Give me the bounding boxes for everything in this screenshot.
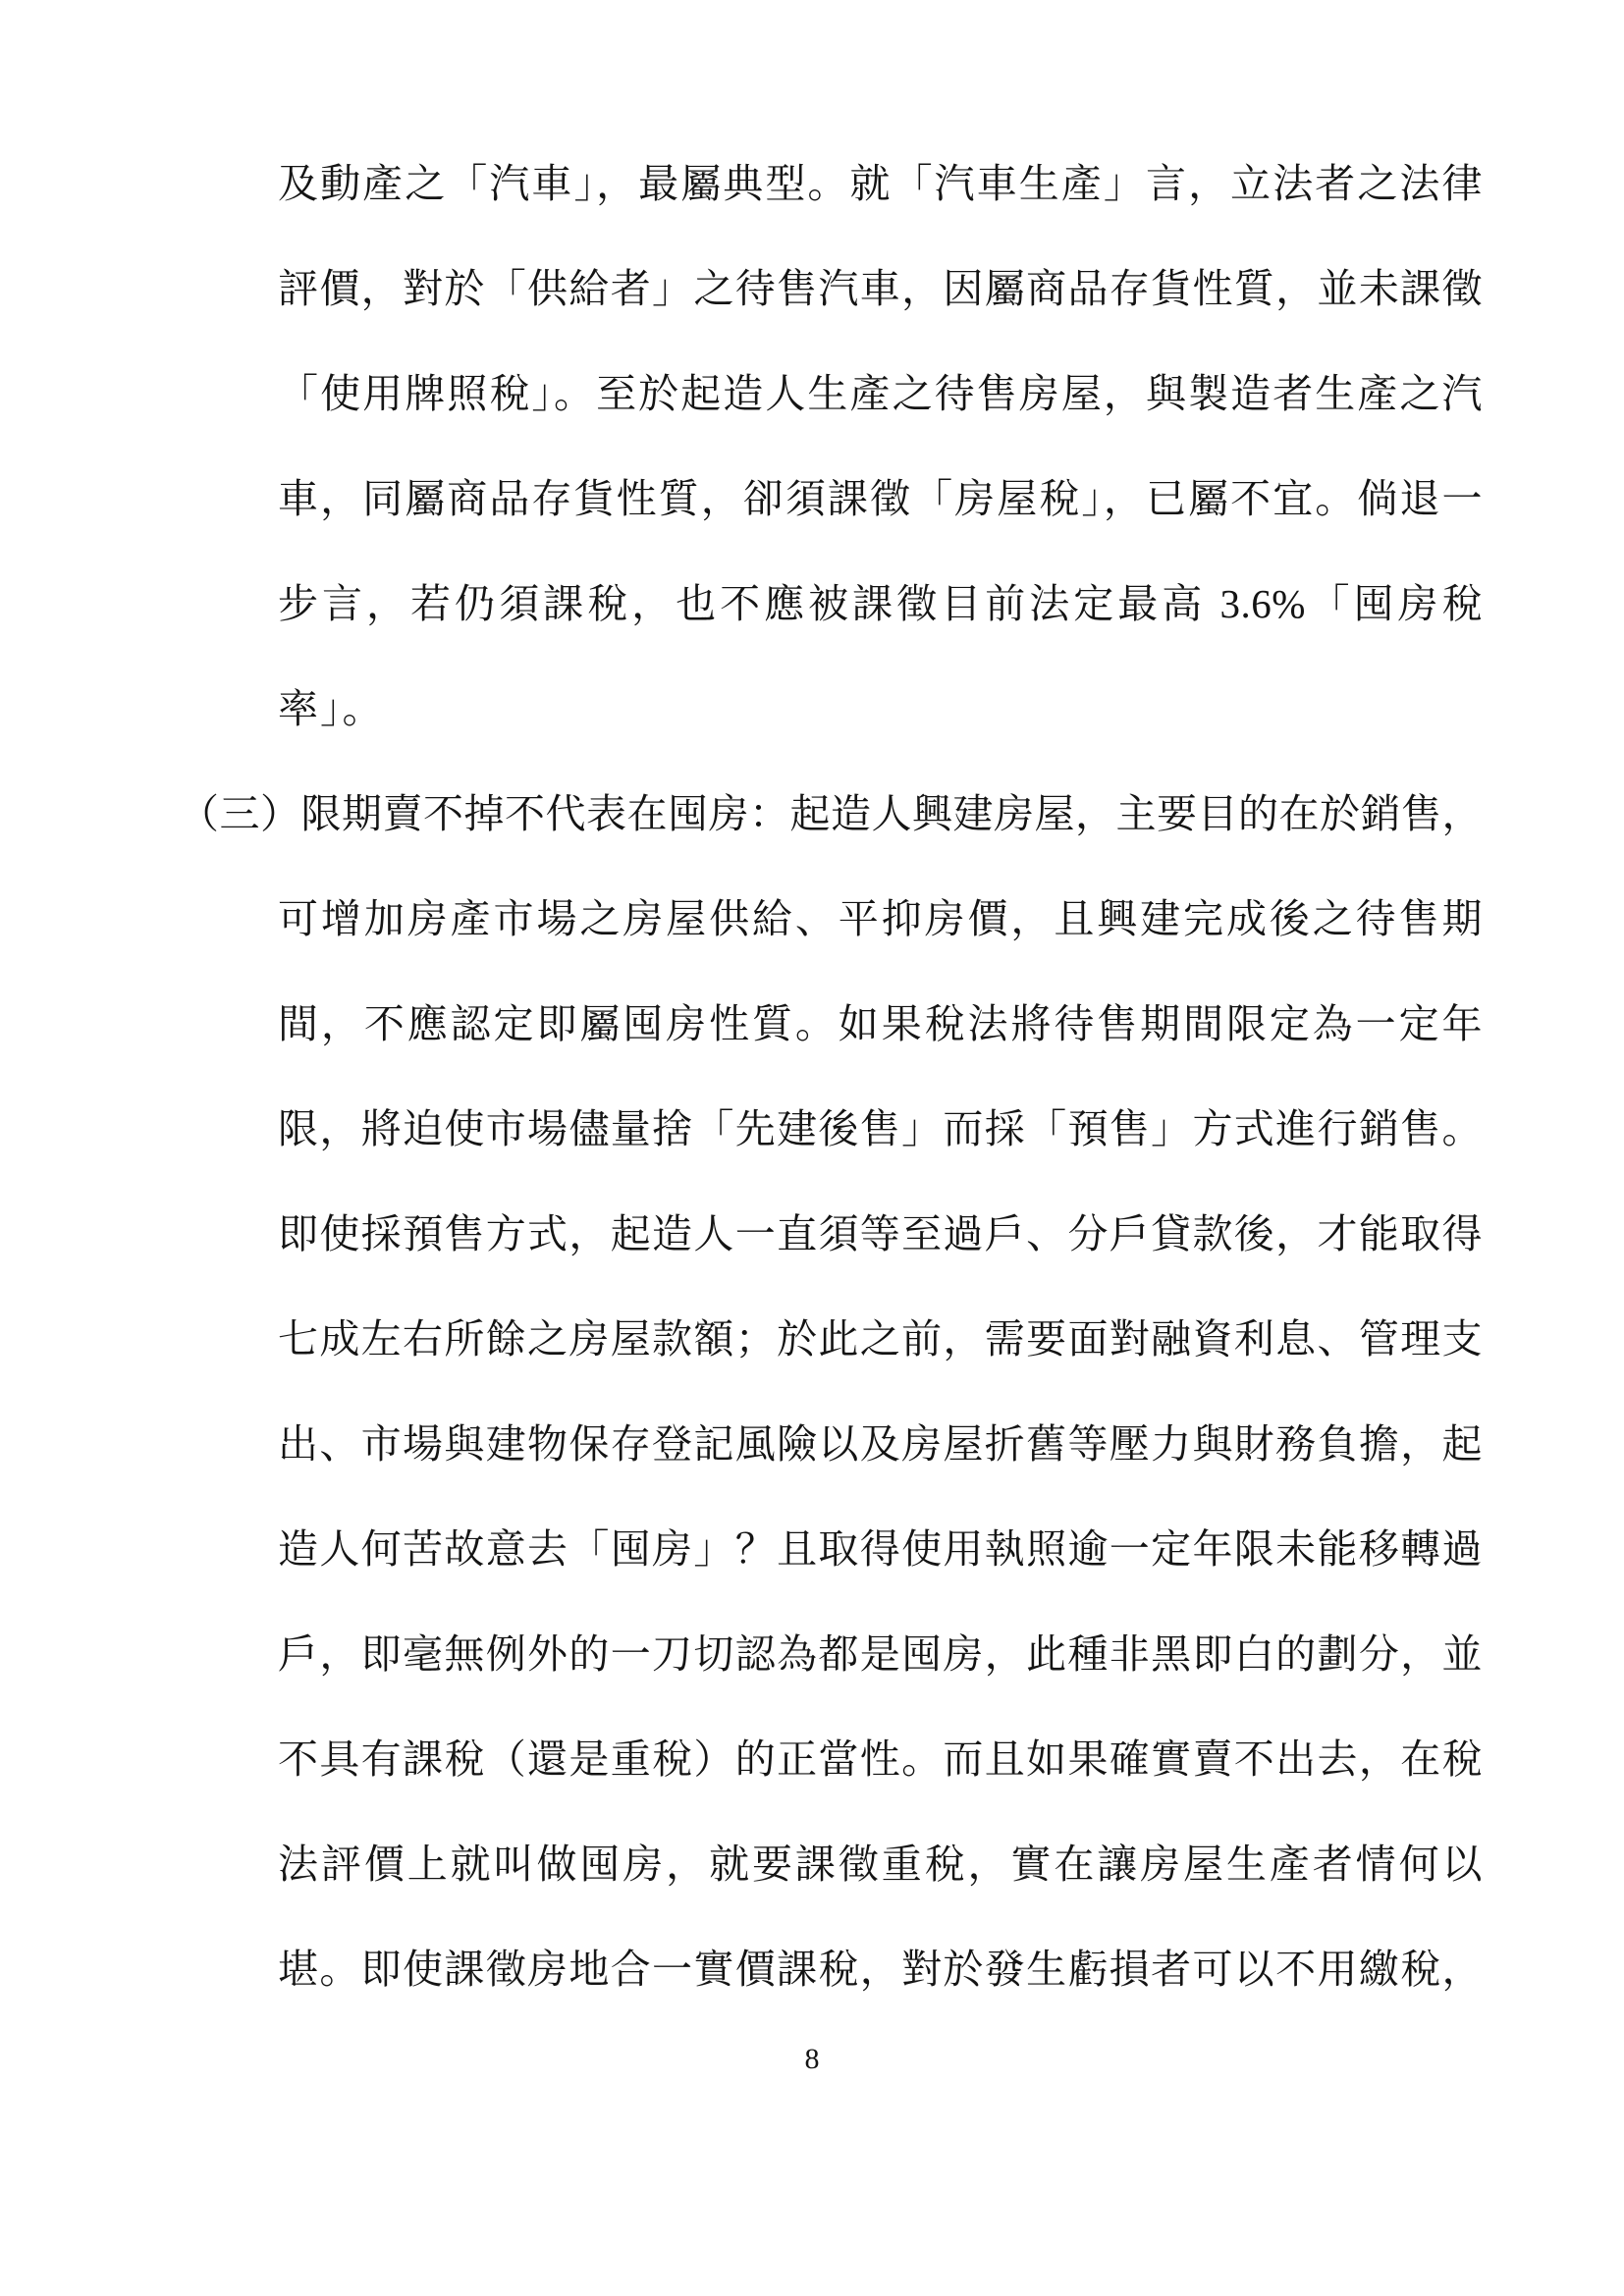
item-number-label: （三）: [179, 791, 301, 836]
text-line: 及動產之「汽車」，最屬典型。就「汽車生產」言，立法者之法律: [278, 132, 1483, 237]
item-three-paragraph: （三）限期賣不掉不代表在囤房：起造人興建房屋，主要目的在於銷售， 可增加房產市場…: [278, 762, 1483, 2022]
text-line: 車，同屬商品存貨性質，卻須課徵「房屋稅」，已屬不宜。倘退一: [278, 447, 1483, 552]
continuation-paragraph: 及動產之「汽車」，最屬典型。就「汽車生產」言，立法者之法律 評價，對於「供給者」…: [278, 132, 1483, 762]
text-line: 不具有課稅（還是重稅）的正當性。而且如果確實賣不出去，在稅: [278, 1707, 1483, 1812]
text-line-content: 限期賣不掉不代表在囤房：起造人興建房屋，主要目的在於銷售，: [301, 791, 1484, 836]
text-line: 間，不應認定即屬囤房性質。如果稅法將待售期間限定為一定年: [278, 972, 1483, 1077]
text-line: 評價，對於「供給者」之待售汽車，因屬商品存貨性質，並未課徵: [278, 237, 1483, 342]
text-line: 戶，即毫無例外的一刀切認為都是囤房，此種非黑即白的劃分，並: [278, 1602, 1483, 1707]
text-line: 七成左右所餘之房屋款額；於此之前，需要面對融資利息、管理支: [278, 1287, 1483, 1392]
text-line: 即使採預售方式，起造人一直須等至過戶、分戶貸款後，才能取得: [278, 1182, 1483, 1287]
text-line: 造人何苦故意去「囤房」？且取得使用執照逾一定年限未能移轉過: [278, 1497, 1483, 1602]
text-line: 法評價上就叫做囤房，就要課徵重稅，實在讓房屋生產者情何以: [278, 1812, 1483, 1917]
text-line: （三）限期賣不掉不代表在囤房：起造人興建房屋，主要目的在於銷售，: [179, 762, 1483, 867]
page-number: 8: [0, 2040, 1624, 2079]
text-line: 堪。即使課徵房地合一實價課稅，對於發生虧損者可以不用繳稅，: [278, 1917, 1483, 2022]
document-page: 及動產之「汽車」，最屬典型。就「汽車生產」言，立法者之法律 評價，對於「供給者」…: [0, 0, 1624, 2296]
text-line: 率」。: [278, 657, 1483, 762]
text-line: 「使用牌照稅」。至於起造人生產之待售房屋，與製造者生產之汽: [278, 342, 1483, 447]
text-line: 步言，若仍須課稅，也不應被課徵目前法定最高 3.6%「囤房稅: [278, 552, 1483, 657]
text-line: 限，將迫使市場儘量捨「先建後售」而採「預售」方式進行銷售。: [278, 1077, 1483, 1182]
text-line: 出、市場與建物保存登記風險以及房屋折舊等壓力與財務負擔，起: [278, 1392, 1483, 1497]
text-line: 可增加房產市場之房屋供給、平抑房價，且興建完成後之待售期: [278, 867, 1483, 972]
